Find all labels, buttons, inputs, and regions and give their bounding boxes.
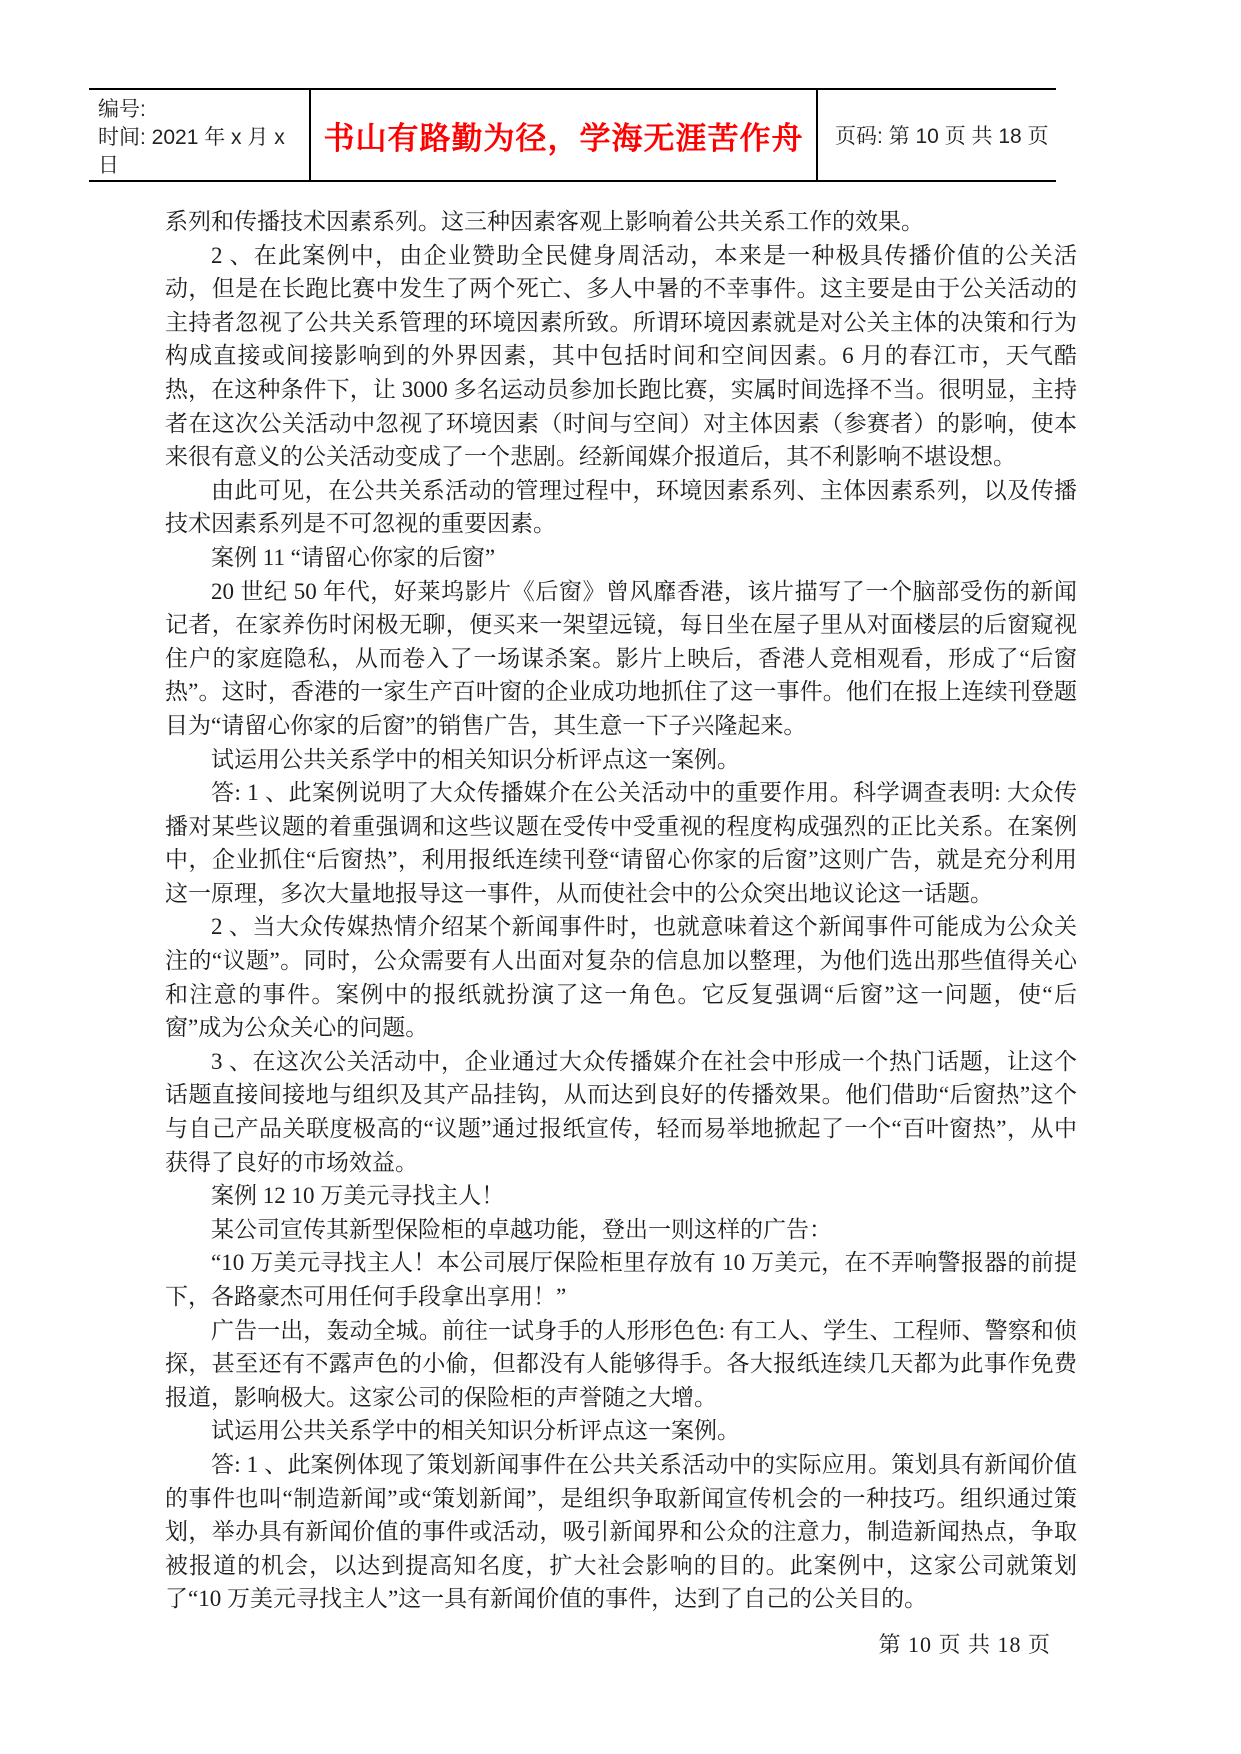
header-cell-meta: 编号: 时间: 2021 年 x 月 x 日: [89, 90, 311, 180]
paragraph: 2 、当大众传媒热情介绍某个新闻事件时，也就意味着这个新闻事件可能成为公众关注的…: [165, 910, 1077, 1044]
paragraph: 20 世纪 50 年代，好莱坞影片《后窗》曾风靡香港，该片描写了一个脑部受伤的新…: [165, 575, 1077, 743]
header-cell-page: 页码: 第 10 页 共 18 页: [818, 90, 1056, 180]
doc-number-label: 编号:: [98, 96, 309, 124]
paragraph: 答: 1 、此案例体现了策划新闻事件在公共关系活动中的实际应用。策划具有新闻价值…: [165, 1448, 1077, 1616]
paragraph: 答: 1 、此案例说明了大众传播媒介在公关活动中的重要作用。科学调查表明: 大众…: [165, 776, 1077, 910]
header-cell-motto: 书山有路勤为径，学海无涯苦作舟: [311, 90, 818, 180]
header-table: 编号: 时间: 2021 年 x 月 x 日 书山有路勤为径，学海无涯苦作舟 页…: [89, 88, 1056, 182]
paragraph: 广告一出，轰动全城。前往一试身手的人形形色色: 有工人、学生、工程师、警察和侦探…: [165, 1314, 1077, 1415]
paragraph: 系列和传播技术因素系列。这三种因素客观上影响着公共关系工作的效果。: [165, 205, 1077, 239]
paragraph: 案例 12 10 万美元寻找主人！: [165, 1179, 1077, 1213]
paragraph: 由此可见，在公共关系活动的管理过程中，环境因素系列、主体因素系列，以及传播技术因…: [165, 474, 1077, 541]
paragraph: 某公司宣传其新型保险柜的卓越功能，登出一则这样的广告：: [165, 1213, 1077, 1247]
doc-time-label: 时间: 2021 年 x 月 x 日: [98, 124, 309, 180]
document-body: 系列和传播技术因素系列。这三种因素客观上影响着公共关系工作的效果。 2 、在此案…: [165, 205, 1077, 1616]
paragraph: 试运用公共关系学中的相关知识分析评点这一案例。: [165, 1414, 1077, 1448]
paragraph: 案例 11 “请留心你家的后窗”: [165, 541, 1077, 575]
paragraph: 2 、在此案例中，由企业赞助全民健身周活动，本来是一种极具传播价值的公关活动，但…: [165, 239, 1077, 474]
page-number-label: 页码: 第 10 页 共 18 页: [835, 120, 1049, 150]
motto-text: 书山有路勤为径，学海无涯苦作舟: [324, 113, 804, 158]
paragraph: 3 、在这次公关活动中，企业通过大众传播媒介在社会中形成一个热门话题，让这个话题…: [165, 1045, 1077, 1179]
paragraph: 试运用公共关系学中的相关知识分析评点这一案例。: [165, 743, 1077, 777]
footer-page-number: 第 10 页 共 18 页: [878, 1628, 1051, 1659]
paragraph: “10 万美元寻找主人！本公司展厅保险柜里存放有 10 万美元，在不弄响警报器的…: [165, 1246, 1077, 1313]
document-page: 编号: 时间: 2021 年 x 月 x 日 书山有路勤为径，学海无涯苦作舟 页…: [0, 0, 1241, 1754]
